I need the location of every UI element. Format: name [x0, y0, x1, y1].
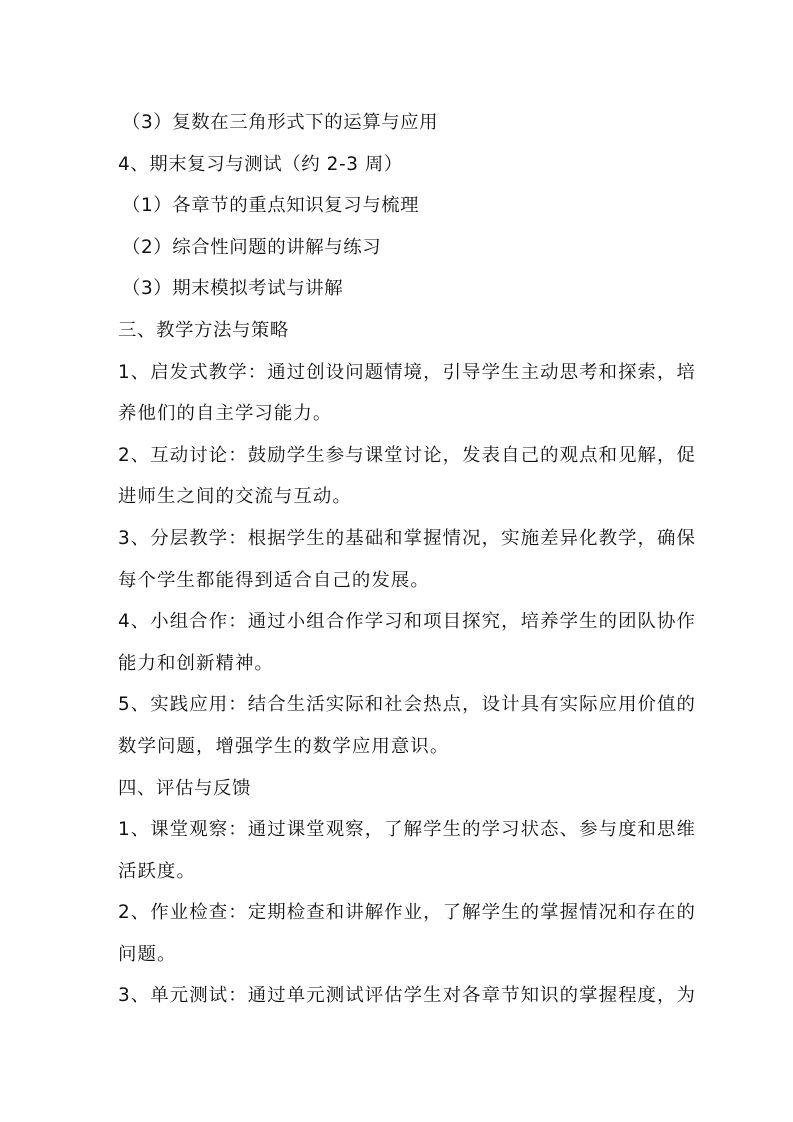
method-item: 4、小组合作：通过小组合作学习和项目探究，培养学生的团队协作 能力和创新精神。 — [118, 601, 674, 684]
paragraph-line: 能力和创新精神。 — [118, 643, 674, 685]
assessment-item: 2、作业检查：定期检查和讲解作业，了解学生的掌握情况和存在的 问题。 — [118, 892, 674, 975]
assessment-item: 1、课堂观察：通过课堂观察，了解学生的学习状态、参与度和思维 活跃度。 — [118, 809, 674, 892]
list-subitem: （1）各章节的重点知识复习与梳理 — [118, 185, 674, 227]
paragraph-line: 1、课堂观察：通过课堂观察，了解学生的学习状态、参与度和思维 — [118, 809, 674, 851]
paragraph-line: 活跃度。 — [118, 851, 674, 893]
section-heading-teaching-methods: 三、教学方法与策略 — [118, 310, 674, 352]
paragraph-line: 2、互动讨论：鼓励学生参与课堂讨论，发表自己的观点和见解，促 — [118, 435, 674, 477]
assessment-item: 3、单元测试：通过单元测试评估学生对各章节知识的掌握程度，为 — [118, 975, 674, 1017]
paragraph-line: 3、单元测试：通过单元测试评估学生对各章节知识的掌握程度，为 — [118, 975, 674, 1017]
method-item: 3、分层教学：根据学生的基础和掌握情况，实施差异化教学，确保 每个学生都能得到适… — [118, 518, 674, 601]
paragraph-line: 养他们的自主学习能力。 — [118, 393, 674, 435]
paragraph-line: 3、分层教学：根据学生的基础和掌握情况，实施差异化教学，确保 — [118, 518, 674, 560]
paragraph-line: 每个学生都能得到适合自己的发展。 — [118, 560, 674, 602]
document-page: （3）复数在三角形式下的运算与应用 4、期末复习与测试（约 2-3 周） （1）… — [118, 102, 674, 1017]
paragraph-line: 进师生之间的交流与互动。 — [118, 476, 674, 518]
paragraph-line: 2、作业检查：定期检查和讲解作业，了解学生的掌握情况和存在的 — [118, 892, 674, 934]
method-item: 1、启发式教学：通过创设问题情境，引导学生主动思考和探索，培 养他们的自主学习能… — [118, 352, 674, 435]
paragraph-line: 1、启发式教学：通过创设问题情境，引导学生主动思考和探索，培 — [118, 352, 674, 394]
paragraph-line: 4、小组合作：通过小组合作学习和项目探究，培养学生的团队协作 — [118, 601, 674, 643]
section-heading-assessment: 四、评估与反馈 — [118, 768, 674, 810]
method-item: 2、互动讨论：鼓励学生参与课堂讨论，发表自己的观点和见解，促 进师生之间的交流与… — [118, 435, 674, 518]
paragraph-line: 5、实践应用：结合生活实际和社会热点，设计具有实际应用价值的 — [118, 684, 674, 726]
list-subitem: （2）综合性问题的讲解与练习 — [118, 227, 674, 269]
paragraph-line: 问题。 — [118, 934, 674, 976]
list-subitem: （3）期末模拟考试与讲解 — [118, 268, 674, 310]
paragraph-line: 数学问题，增强学生的数学应用意识。 — [118, 726, 674, 768]
list-item: 4、期末复习与测试（约 2-3 周） — [118, 144, 674, 186]
list-subitem: （3）复数在三角形式下的运算与应用 — [118, 102, 674, 144]
method-item: 5、实践应用：结合生活实际和社会热点，设计具有实际应用价值的 数学问题，增强学生… — [118, 684, 674, 767]
